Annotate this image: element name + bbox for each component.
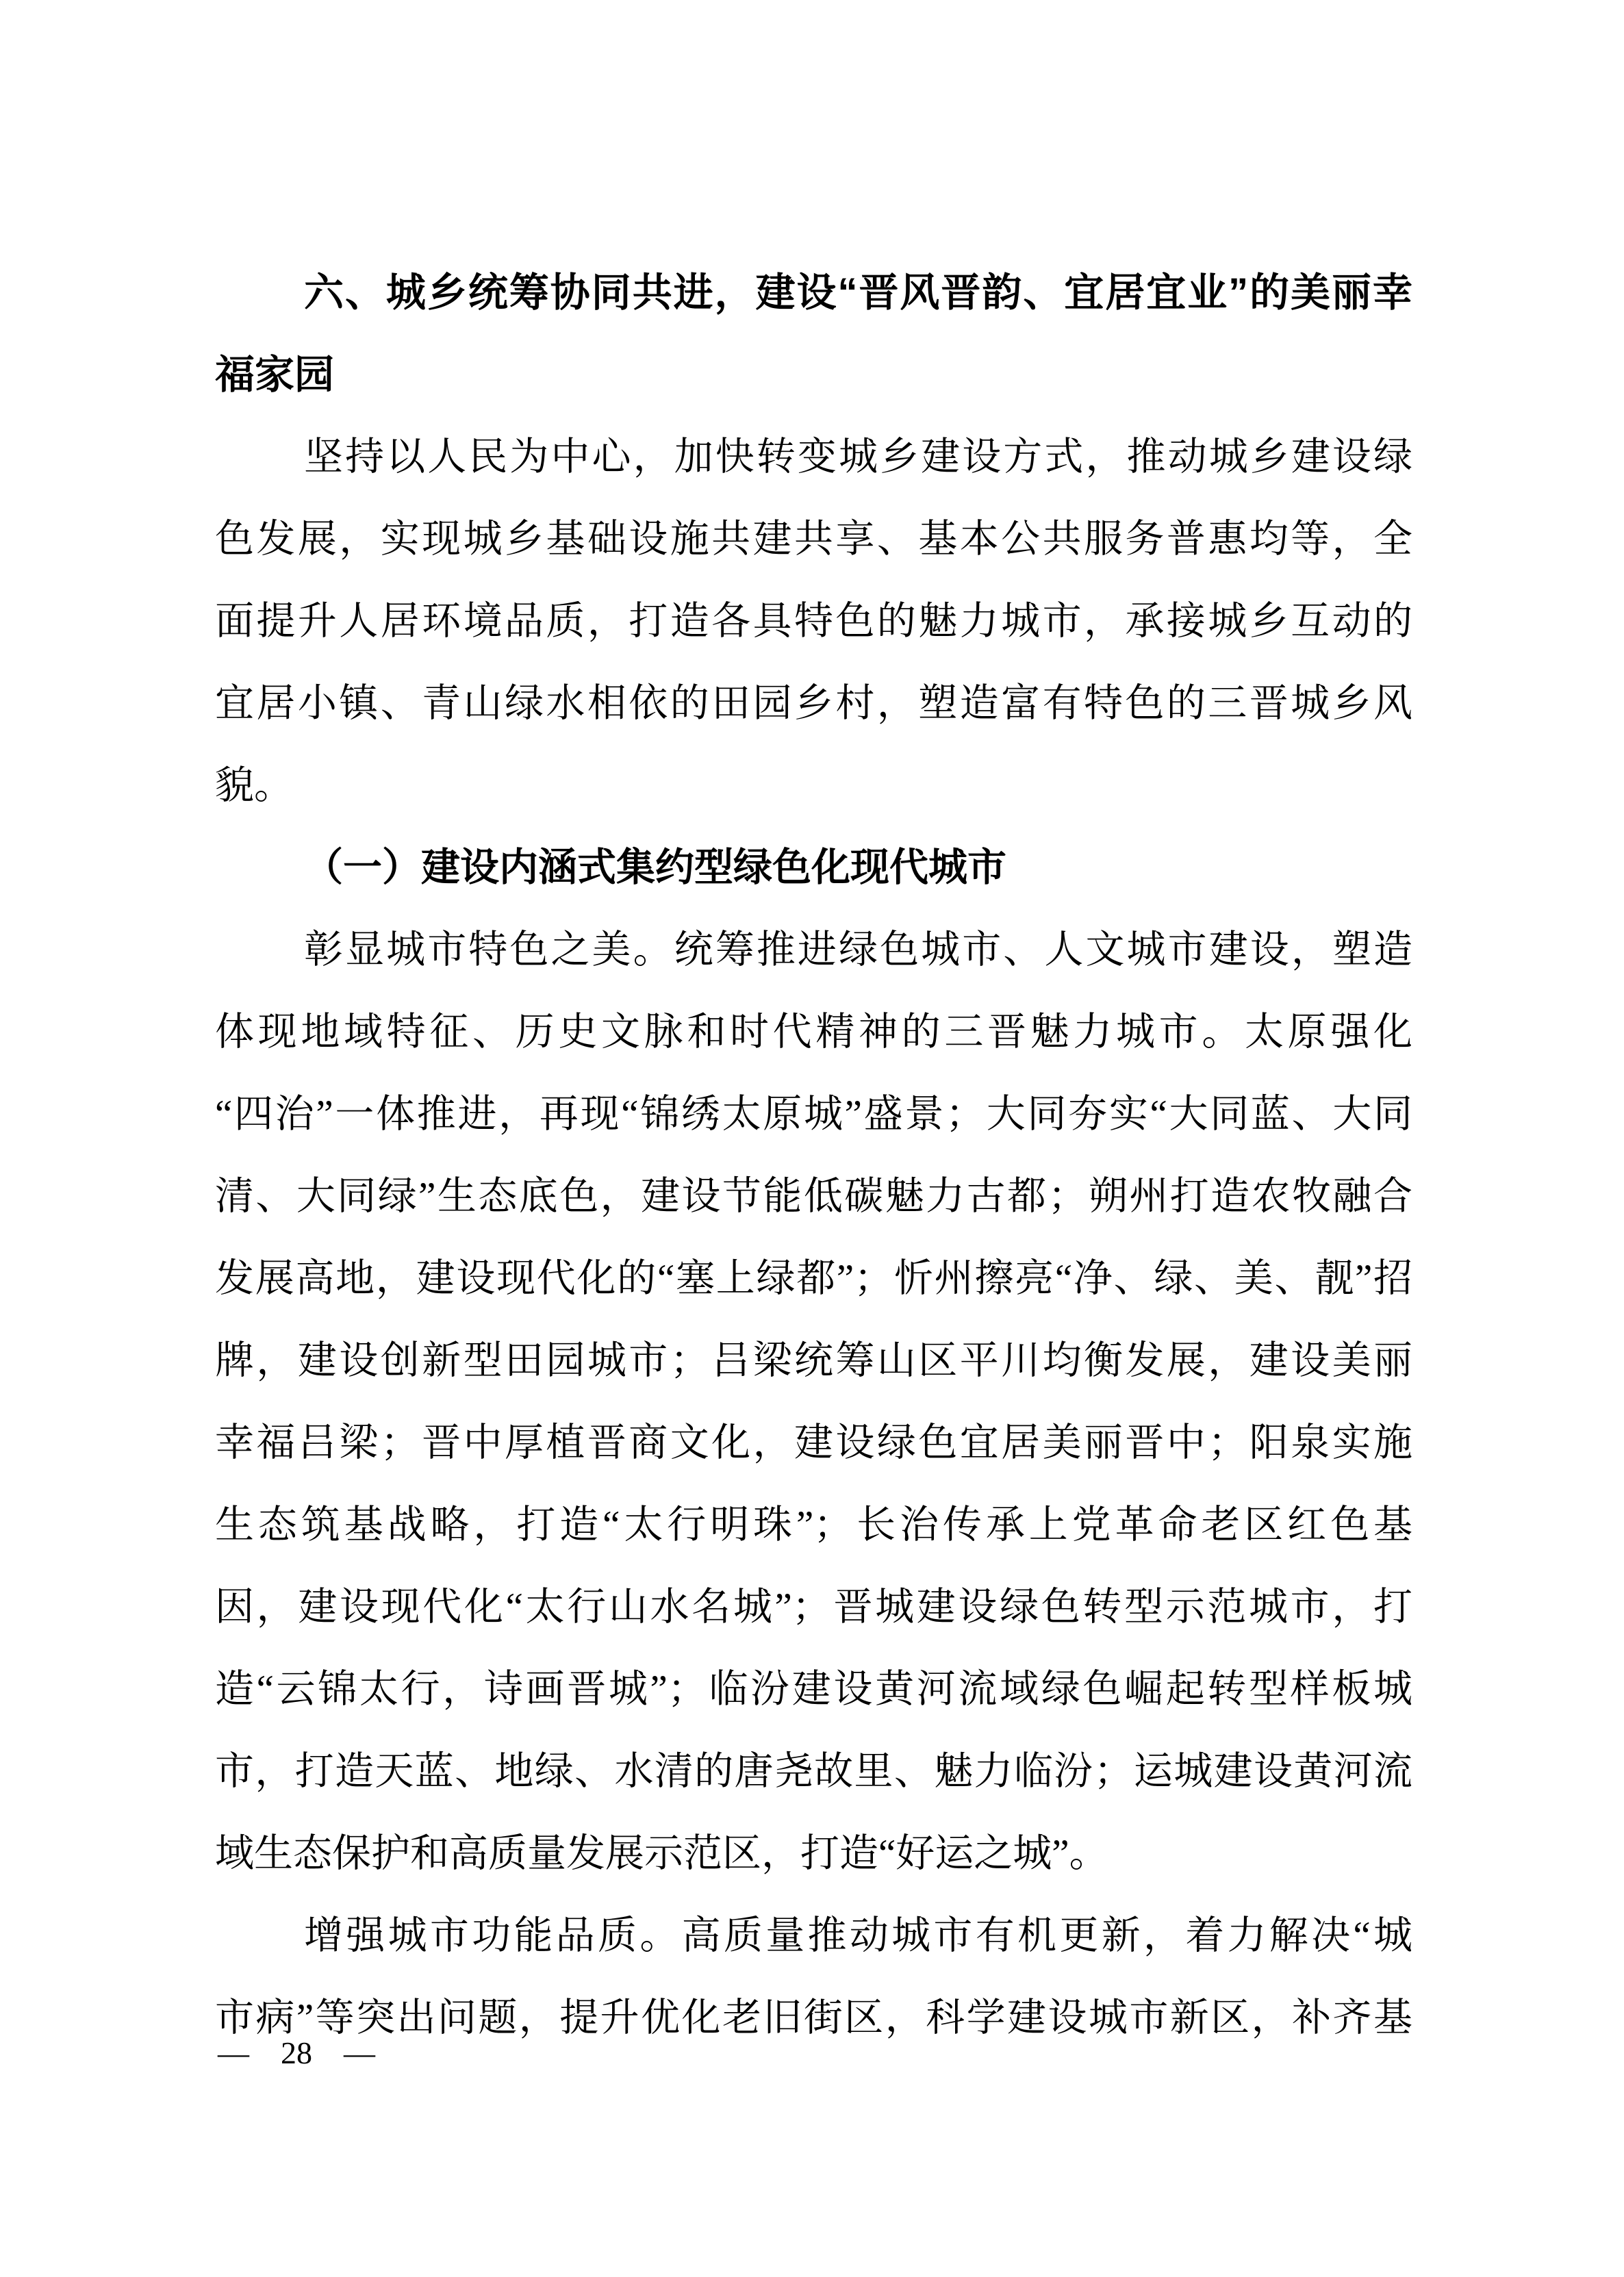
paragraph-1-line-2: 色发展，实现城乡基础设施共建共享、基本公共服务普惠均等，全 [215, 498, 1412, 581]
paragraph-3-line-2: 市病”等突出问题，提升优化老旧街区，科学建设城市新区，补齐基 [215, 1977, 1412, 2059]
paragraph-2-line-4: 清、大同绿”生态底色，建设节能低碳魅力古都；朔州打造农牧融合 [215, 1156, 1412, 1238]
paragraph-2-line-11: 市，打造天蓝、地绿、水清的唐尧故里、魅力临汾；运城建设黄河流 [215, 1731, 1412, 1813]
paragraph-2-line-7: 幸福吕梁；晋中厚植晋商文化，建设绿色宜居美丽晋中；阳泉实施 [215, 1402, 1412, 1484]
paragraph-1-line-5: 貌。 [215, 745, 1412, 827]
page-number-right-dash: — [344, 2035, 375, 2072]
section-title-line-2: 福家园 [215, 334, 1412, 416]
paragraph-1-line-4: 宜居小镇、青山绿水相依的田园乡村，塑造富有特色的三晋城乡风 [215, 663, 1412, 745]
page-number: — 28 — [218, 2035, 375, 2072]
paragraph-2-line-2: 体现地域特征、历史文脉和时代精神的三晋魅力城市。太原强化 [215, 991, 1412, 1073]
section-title-line-1: 六、城乡统筹协同共进，建设“晋风晋韵、宜居宜业”的美丽幸 [215, 252, 1412, 334]
paragraph-2-line-8: 生态筑基战略，打造“太行明珠”；长治传承上党革命老区红色基 [215, 1484, 1412, 1566]
paragraph-2-line-10: 造“云锦太行，诗画晋城”；临汾建设黄河流域绿色崛起转型样板城 [215, 1649, 1412, 1731]
text-block: 六、城乡统筹协同共进，建设“晋风晋韵、宜居宜业”的美丽幸 福家园 坚持以人民为中… [215, 252, 1412, 2059]
page-number-value: 28 [281, 2035, 312, 2072]
paragraph-1-line-3: 面提升人居环境品质，打造各具特色的魅力城市，承接城乡互动的 [215, 581, 1412, 663]
paragraph-2-line-6: 牌，建设创新型田园城市；吕梁统筹山区平川均衡发展，建设美丽 [215, 1320, 1412, 1402]
paragraph-2-line-1: 彰显城市特色之美。统筹推进绿色城市、人文城市建设，塑造 [215, 909, 1412, 991]
paragraph-3-line-1: 增强城市功能品质。高质量推动城市有机更新，着力解决“城 [215, 1895, 1412, 1977]
paragraph-2-line-9: 因，建设现代化“太行山水名城”；晋城建设绿色转型示范城市，打 [215, 1566, 1412, 1649]
paragraph-2-line-12: 域生态保护和高质量发展示范区，打造“好运之城”。 [215, 1813, 1412, 1895]
paragraph-1-line-1: 坚持以人民为中心，加快转变城乡建设方式，推动城乡建设绿 [215, 416, 1412, 498]
document-page: 六、城乡统筹协同共进，建设“晋风晋韵、宜居宜业”的美丽幸 福家园 坚持以人民为中… [0, 0, 1624, 2277]
subsection-heading: （一）建设内涵式集约型绿色化现代城市 [215, 827, 1412, 909]
page-number-left-dash: — [218, 2035, 249, 2072]
paragraph-2-line-3: “四治”一体推进，再现“锦绣太原城”盛景；大同夯实“大同蓝、大同 [215, 1073, 1412, 1156]
paragraph-2-line-5: 发展高地，建设现代化的“塞上绿都”；忻州擦亮“净、绿、美、靓”招 [215, 1238, 1412, 1320]
